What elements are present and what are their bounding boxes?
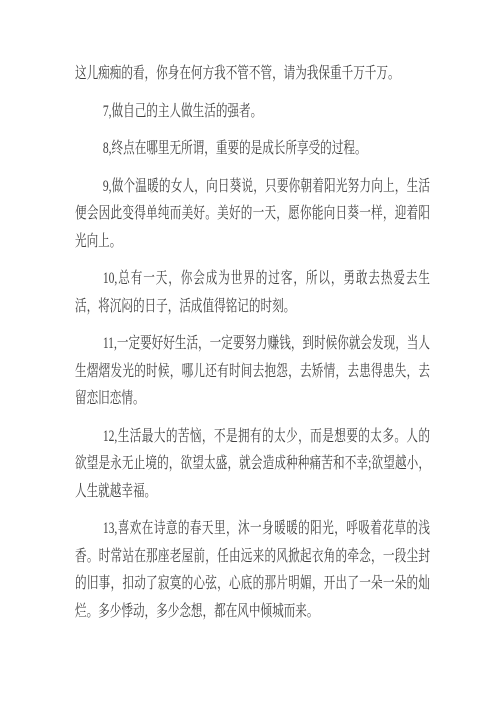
paragraph: 11,一定要好好生活，一定要努力赚钱，到时候你就会发现，当人生熠熠发光的时候，哪… xyxy=(75,330,430,413)
paragraph: 8,终点在哪里无所谓，重要的是成长所享受的过程。 xyxy=(75,135,430,163)
paragraph: 13,喜欢在诗意的春天里，沐一身暖暖的阳光，呼吸着花草的浅香。时常站在那座老屋前… xyxy=(75,515,430,625)
document-text-body: 这儿痴痴的看，你身在何方我不管不管，请为我保重千万千万。7,做自己的主人做生活的… xyxy=(75,60,430,635)
paragraph: 7,做自己的主人做生活的强者。 xyxy=(75,98,430,126)
paragraph: 这儿痴痴的看，你身在何方我不管不管，请为我保重千万千万。 xyxy=(75,60,430,88)
paragraph: 9,做个温暖的女人，向日葵说，只要你朝着阳光努力向上，生活便会因此变得单纯而美好… xyxy=(75,173,430,256)
document-page: 这儿痴痴的看，你身在何方我不管不管，请为我保重千万千万。7,做自己的主人做生活的… xyxy=(0,0,500,707)
paragraph: 10,总有一天，你会成为世界的过客，所以，勇敢去热爱去生活，将沉闷的日子，活成值… xyxy=(75,265,430,320)
paragraph: 12,生活最大的苦恼，不是拥有的太少，而是想要的太多。人的欲望是永无止境的，欲望… xyxy=(75,423,430,506)
